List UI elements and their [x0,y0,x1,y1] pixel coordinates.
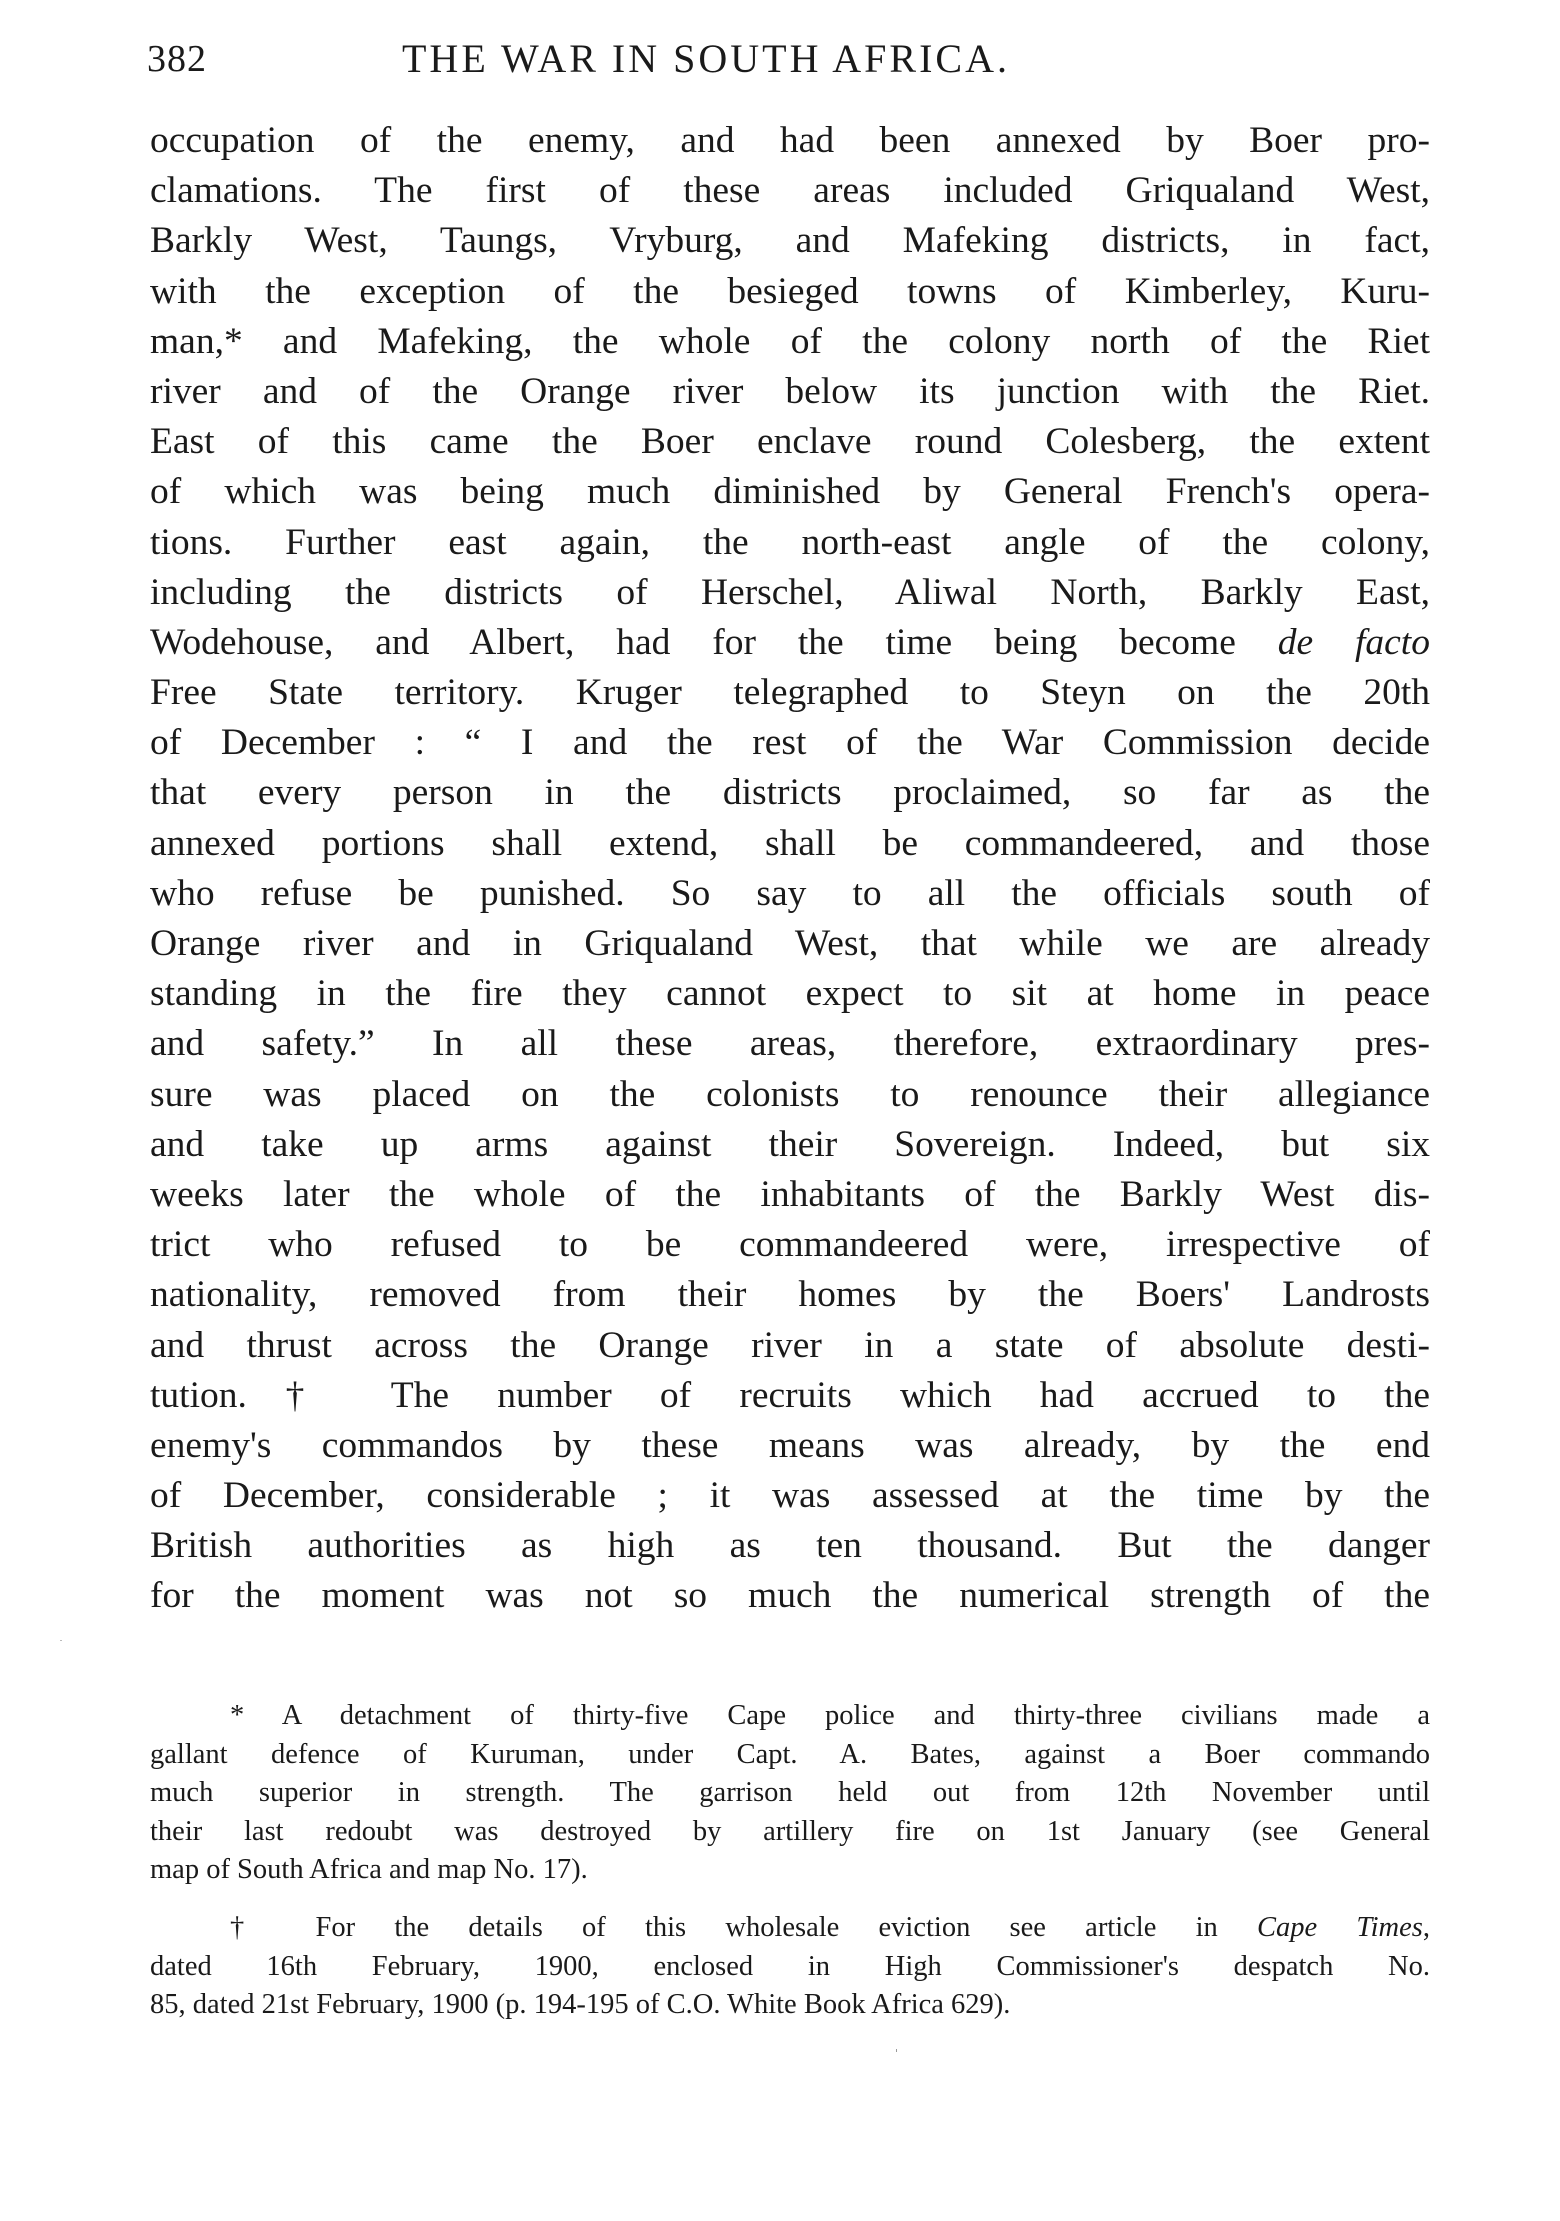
body-line: and take up arms against their Sovereign… [150,1120,1430,1170]
footnote-line: gallant defence of Kuruman, under Capt. … [150,1736,1430,1775]
body-line: that every person in the districts procl… [150,768,1430,818]
body-line: of which was being much diminished by Ge… [150,467,1430,517]
body-line: river and of the Orange river below its … [150,367,1430,417]
body-line: of December, considerable ; it was asses… [150,1471,1430,1521]
body-line: sure was placed on the colonists to reno… [150,1070,1430,1120]
footnote-line: dated 16th February, 1900, enclosed in H… [150,1948,1430,1987]
body-line: trict who refused to be commandeered wer… [150,1220,1430,1270]
running-head: 382 THE WAR IN SOUTH AFRICA. [147,34,1437,84]
body-line: Free State territory. Kruger telegraphed… [150,668,1430,718]
body-line: Orange river and in Griqualand West, tha… [150,919,1430,969]
body-line: weeks later the whole of the inhabitants… [150,1170,1430,1220]
page-number: 382 [147,34,207,84]
footnote-line: * A detachment of thirty-five Cape polic… [150,1697,1430,1736]
body-line: tution.† The number of recruits which ha… [150,1371,1430,1421]
body-line: and safety.” In all these areas, therefo… [150,1019,1430,1069]
italic-phrase: de facto [1278,622,1430,663]
footnote-line: 85, dated 21st February, 1900 (p. 194-19… [150,1986,1430,2025]
footnote-asterisk: * A detachment of thirty-five Cape polic… [150,1697,1430,1890]
body-line: enemy's commandos by these means was alr… [150,1421,1430,1471]
book-page: 382 THE WAR IN SOUTH AFRICA. occupation … [0,0,1560,2221]
body-line: including the districts of Herschel, Ali… [150,568,1430,618]
footnote-line: map of South Africa and map No. 17). [150,1851,1430,1890]
body-line: Barkly West, Taungs, Vryburg, and Mafeki… [150,216,1430,266]
body-line: nationality, removed from their homes by… [150,1270,1430,1320]
body-line-with-italic: Wodehouse, and Albert, had for the time … [150,618,1430,668]
body-line: with the exception of the besieged towns… [150,267,1430,317]
footnote-line-with-italic: † For the details of this wholesale evic… [150,1909,1430,1948]
italic-phrase: Cape Times [1257,1912,1423,1943]
scan-speck [896,2049,897,2052]
footnote-line: their last redoubt was destroyed by arti… [150,1813,1430,1852]
body-line: standing in the fire they cannot expect … [150,969,1430,1019]
scan-speck [60,1640,62,1641]
body-line: and thrust across the Orange river in a … [150,1321,1430,1371]
body-line: of December : “ I and the rest of the Wa… [150,718,1430,768]
body-line: tions. Further east again, the north-eas… [150,518,1430,568]
footnote-line: much superior in strength. The garrison … [150,1774,1430,1813]
body-line: man,* and Mafeking, the whole of the col… [150,317,1430,367]
body-line: who refuse be punished. So say to all th… [150,869,1430,919]
body-line: annexed portions shall extend, shall be … [150,819,1430,869]
footnote-dagger: † For the details of this wholesale evic… [150,1909,1430,2025]
body-line: British authorities as high as ten thous… [150,1521,1430,1571]
body-line: occupation of the enemy, and had been an… [150,116,1430,166]
body-line: for the moment was not so much the numer… [150,1571,1430,1621]
body-line: clamations. The first of these areas inc… [150,166,1430,216]
body-text: occupation of the enemy, and had been an… [150,116,1430,1622]
running-title: THE WAR IN SOUTH AFRICA. [402,34,1010,84]
body-line: East of this came the Boer enclave round… [150,417,1430,467]
